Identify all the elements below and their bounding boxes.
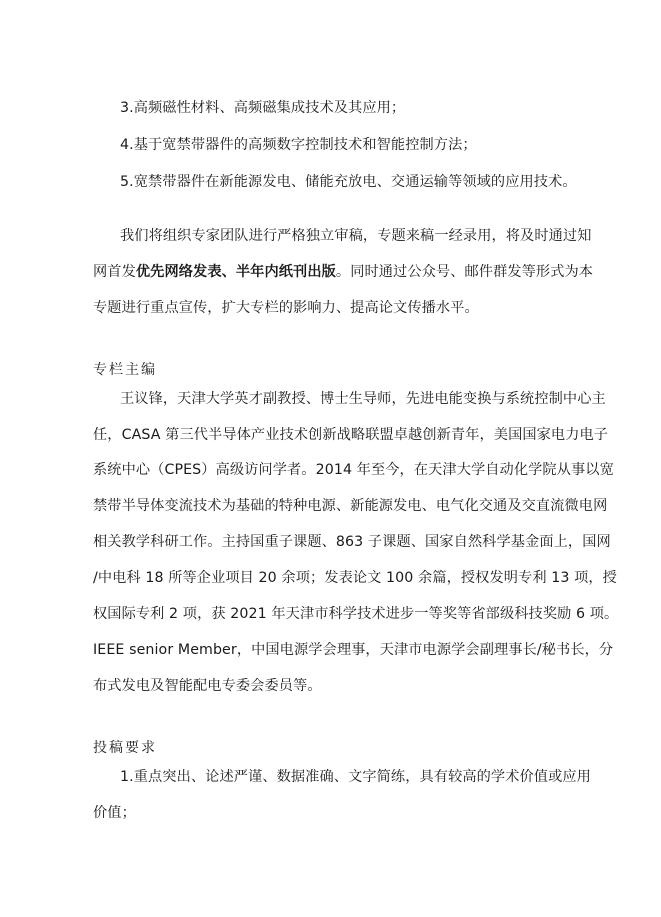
editor-bio-line: 王议锋，天津大学英才副教授、博士生导师，先进电能变换与系统控制中心主 <box>120 389 606 409</box>
editor-bio-line: 任，CASA 第三代半导体产业技术创新战略联盟卓越创新青年，美国国家电力电子 <box>93 425 608 445</box>
editor-bio-line: 禁带半导体变流技术为基础的特种电源、新能源发电、电气化交通及交直流微电网 <box>93 496 607 516</box>
submission-requirement-line: 价值； <box>93 803 136 823</box>
editor-bio-line: 权国际专利 2 项，获 2021 年天津市科学技术进步一等奖等省部级科技奖励 6… <box>93 604 618 624</box>
text: 。同时通过公众号、邮件群发等形式为本 <box>336 264 593 280</box>
bold-text: 优先网络发表、半年内纸刊出版 <box>136 264 336 280</box>
list-item: 4.基于宽禁带器件的高频数字控制技术和智能控制方法； <box>120 135 477 155</box>
submission-requirement-line: 1.重点突出、论述严谨、数据准确、文字简练，具有较高的学术价值或应用 <box>120 767 591 787</box>
review-paragraph-line: 网首发优先网络发表、半年内纸刊出版。同时通过公众号、邮件群发等形式为本 <box>93 262 593 282</box>
section-heading-editor: 专栏主编 <box>93 360 157 380</box>
editor-bio-line: 布式发电及智能配电专委会委员等。 <box>93 676 322 696</box>
text: 网首发 <box>93 264 136 280</box>
editor-bio-line: /中电科 18 所等企业项目 20 余项；发表论文 100 余篇，授权发明专利 … <box>93 568 617 588</box>
review-paragraph-line: 专题进行重点宣传，扩大专栏的影响力、提高论文传播水平。 <box>93 298 479 318</box>
section-heading-submission: 投稿要求 <box>93 738 157 758</box>
editor-bio-line: 系统中心（CPES）高级访问学者。2014 年至今，在天津大学自动化学院从事以宽 <box>93 460 614 480</box>
review-paragraph-line: 我们将组织专家团队进行严格独立审稿，专题来稿一经录用，将及时通过知 <box>120 226 592 246</box>
list-item: 3.高频磁性材料、高频磁集成技术及其应用； <box>120 98 405 118</box>
list-item: 5.宽禁带器件在新能源发电、储能充放电、交通运输等领域的应用技术。 <box>120 172 577 192</box>
editor-bio-line: 相关教学科研工作。主持国重子课题、863 子课题、国家自然科学基金面上，国网 <box>93 532 611 552</box>
editor-bio-line: IEEE senior Member，中国电源学会理事，天津市电源学会副理事长/… <box>93 640 613 660</box>
